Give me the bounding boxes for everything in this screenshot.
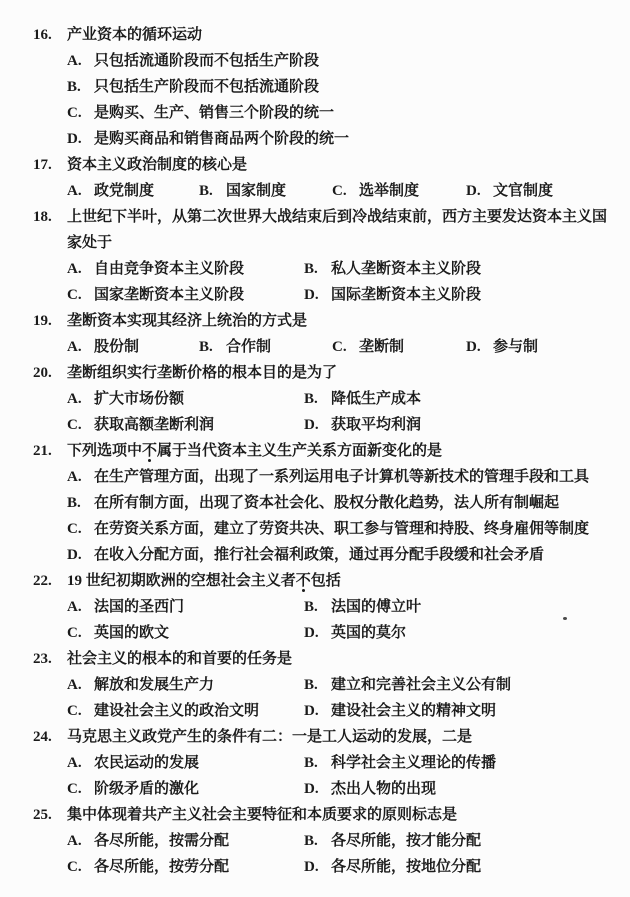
options-row: A.自由竞争资本主义阶段B.私人垄断资本主义阶段 [67, 256, 618, 282]
options-row: C.阶级矛盾的激化D.杰出人物的出现 [67, 776, 618, 802]
options-row: A.农民运动的发展B.科学社会主义理论的传播 [67, 750, 618, 776]
option-label: D. [67, 126, 94, 152]
option-label: C. [67, 412, 94, 438]
option-label: B. [304, 672, 331, 698]
question-stem-line: 21. 下列选项中不属于当代资本主义生产关系方面新变化的是 [67, 438, 618, 464]
option-text: 只包括流通阶段而不包括生产阶段 [94, 53, 319, 69]
option-label: D. [304, 412, 331, 438]
option-text: 选举制度 [359, 183, 419, 199]
option-label: D. [466, 178, 493, 204]
option-b: B.私人垄断资本主义阶段 [304, 256, 481, 282]
option-d: D.国际垄断资本主义阶段 [304, 282, 481, 308]
option-d: D.在收入分配方面，推行社会福利政策，通过再分配手段缓和社会矛盾 [67, 542, 544, 568]
option-text: 在生产管理方面，出现了一系列运用电子计算机等新技术的管理手段和工具 [94, 469, 589, 485]
option-text: 法国的圣西门 [94, 599, 184, 615]
emphasized-char: 不 [142, 443, 157, 459]
option-text: 扩大市场份额 [94, 391, 184, 407]
options-row: C.各尽所能，按劳分配D.各尽所能，按地位分配 [67, 854, 618, 880]
option-text: 在劳资关系方面，建立了劳资共决、职工参与管理和持股、终身雇佣等制度 [94, 521, 589, 537]
option-d: D.是购买商品和销售商品两个阶段的统一 [67, 126, 349, 152]
option-label: A. [67, 672, 94, 698]
option-label: B. [304, 828, 331, 854]
option-line: C.是购买、生产、销售三个阶段的统一 [67, 100, 618, 126]
option-b: B.合作制 [199, 334, 332, 360]
question-stem-line: 23. 社会主义的根本的和首要的任务是 [67, 646, 618, 672]
option-label: A. [67, 594, 94, 620]
question-24: 24. 马克思主义政党产生的条件有二：一是工人运动的发展，二是 A.农民运动的发… [33, 724, 618, 802]
exam-page: 16. 产业资本的循环运动 A.只包括流通阶段而不包括生产阶段 B.只包括生产阶… [0, 0, 630, 897]
question-stem-line: 19. 垄断资本实现其经济上统治的方式是 [67, 308, 618, 334]
option-text: 是购买、生产、销售三个阶段的统一 [94, 105, 334, 121]
question-stem: 社会主义的根本的和首要的任务是 [67, 651, 292, 667]
question-number: 25. [33, 802, 52, 828]
option-label: D. [304, 620, 331, 646]
option-text: 文官制度 [493, 183, 553, 199]
option-c: C.英国的欧文 [67, 620, 304, 646]
stem-text: 19 世纪初期欧洲的空想社会主义者 [67, 573, 296, 589]
option-text: 政党制度 [94, 183, 154, 199]
options-row: C.国家垄断资本主义阶段D.国际垄断资本主义阶段 [67, 282, 618, 308]
option-b: B.只包括生产阶段而不包括流通阶段 [67, 74, 319, 100]
option-d: D.英国的莫尔 [304, 620, 406, 646]
option-c: C.是购买、生产、销售三个阶段的统一 [67, 100, 334, 126]
option-text: 只包括生产阶段而不包括流通阶段 [94, 79, 319, 95]
option-text: 参与制 [493, 339, 538, 355]
option-c: C.获取高额垄断利润 [67, 412, 304, 438]
option-label: D. [304, 698, 331, 724]
options-row: C.英国的欧文D.英国的莫尔 [67, 620, 618, 646]
option-label: C. [67, 776, 94, 802]
option-text: 降低生产成本 [331, 391, 421, 407]
option-text: 建立和完善社会主义公有制 [331, 677, 511, 693]
option-a: A.政党制度 [67, 178, 199, 204]
question-stem-line: 20. 垄断组织实行垄断价格的根本目的是为了 [67, 360, 618, 386]
question-stem-line-2: 家处于 [67, 230, 618, 256]
option-text: 各尽所能，按才能分配 [331, 833, 481, 849]
stem-text: 包括 [311, 573, 341, 589]
option-b: B.各尽所能，按才能分配 [304, 828, 481, 854]
option-b: B.建立和完善社会主义公有制 [304, 672, 511, 698]
option-label: C. [67, 854, 94, 880]
option-label: B. [199, 334, 226, 360]
option-c: C.垄断制 [332, 334, 466, 360]
question-number: 23. [33, 646, 52, 672]
option-b: B.国家制度 [199, 178, 332, 204]
question-number: 20. [33, 360, 52, 386]
emphasized-char: 不 [296, 573, 311, 589]
question-number: 17. [33, 152, 52, 178]
option-c: C.建设社会主义的政治文明 [67, 698, 304, 724]
option-label: B. [199, 178, 226, 204]
question-19: 19. 垄断资本实现其经济上统治的方式是 A.股份制B.合作制C.垄断制D.参与… [33, 308, 618, 360]
option-a: A.各尽所能，按需分配 [67, 828, 304, 854]
option-label: D. [304, 776, 331, 802]
option-text: 在收入分配方面，推行社会福利政策，通过再分配手段缓和社会矛盾 [94, 547, 544, 563]
option-a: A.只包括流通阶段而不包括生产阶段 [67, 48, 319, 74]
option-text: 垄断制 [359, 339, 404, 355]
option-label: A. [67, 178, 94, 204]
question-number: 24. [33, 724, 52, 750]
option-a: A.法国的圣西门 [67, 594, 304, 620]
option-line: A.在生产管理方面，出现了一系列运用电子计算机等新技术的管理手段和工具 [67, 464, 618, 490]
option-label: B. [67, 490, 94, 516]
option-label: B. [304, 594, 331, 620]
option-d: D.参与制 [466, 334, 538, 360]
question-22: 22. 19 世纪初期欧洲的空想社会主义者不包括 A.法国的圣西门B.法国的傅立… [33, 568, 618, 646]
question-number: 18. [33, 204, 52, 230]
option-line: D.在收入分配方面，推行社会福利政策，通过再分配手段缓和社会矛盾 [67, 542, 618, 568]
option-text: 各尽所能，按需分配 [94, 833, 229, 849]
option-line: C.在劳资关系方面，建立了劳资共决、职工参与管理和持股、终身雇佣等制度 [67, 516, 618, 542]
option-b: B.法国的傅立叶 [304, 594, 421, 620]
option-text: 国际垄断资本主义阶段 [331, 287, 481, 303]
option-a: A.解放和发展生产力 [67, 672, 304, 698]
question-stem-line: 24. 马克思主义政党产生的条件有二：一是工人运动的发展，二是 [67, 724, 618, 750]
option-line: A.只包括流通阶段而不包括生产阶段 [67, 48, 618, 74]
option-text: 各尽所能，按地位分配 [331, 859, 481, 875]
option-text: 杰出人物的出现 [331, 781, 436, 797]
option-label: C. [332, 334, 359, 360]
option-text: 国家制度 [226, 183, 286, 199]
option-line: B.在所有制方面，出现了资本社会化、股权分散化趋势，法人所有制崛起 [67, 490, 618, 516]
option-text: 在所有制方面，出现了资本社会化、股权分散化趋势，法人所有制崛起 [94, 495, 559, 511]
question-number: 21. [33, 438, 52, 464]
option-text: 各尽所能，按劳分配 [94, 859, 229, 875]
question-20: 20. 垄断组织实行垄断价格的根本目的是为了 A.扩大市场份额B.降低生产成本 … [33, 360, 618, 438]
option-label: A. [67, 48, 94, 74]
option-a: A.扩大市场份额 [67, 386, 304, 412]
option-line: B.只包括生产阶段而不包括流通阶段 [67, 74, 618, 100]
option-label: D. [304, 282, 331, 308]
option-text: 英国的莫尔 [331, 625, 406, 641]
option-text: 国家垄断资本主义阶段 [94, 287, 244, 303]
option-label: C. [67, 620, 94, 646]
option-label: A. [67, 750, 94, 776]
option-d: D.获取平均利润 [304, 412, 421, 438]
option-label: C. [67, 516, 94, 542]
option-c: C.国家垄断资本主义阶段 [67, 282, 304, 308]
options-row: A.政党制度B.国家制度C.选举制度D.文官制度 [67, 178, 618, 204]
option-text: 获取平均利润 [331, 417, 421, 433]
option-c: C.各尽所能，按劳分配 [67, 854, 304, 880]
option-label: D. [304, 854, 331, 880]
option-label: C. [67, 282, 94, 308]
option-label: A. [67, 828, 94, 854]
question-number: 22. [33, 568, 52, 594]
option-label: B. [304, 386, 331, 412]
question-stem: 上世纪下半叶，从第二次世界大战结束后到冷战结束前，西方主要发达资本主义国 [67, 209, 607, 225]
option-text: 合作制 [226, 339, 271, 355]
question-stem-line: 17. 资本主义政治制度的核心是 [67, 152, 618, 178]
scan-artifact-speck [563, 617, 567, 620]
options-row: A.法国的圣西门B.法国的傅立叶 [67, 594, 618, 620]
question-stem: 产业资本的循环运动 [67, 27, 202, 43]
option-d: D.文官制度 [466, 178, 553, 204]
option-text: 农民运动的发展 [94, 755, 199, 771]
stem-text: 下列选项中 [67, 443, 142, 459]
option-b: B.科学社会主义理论的传播 [304, 750, 496, 776]
option-a: A.在生产管理方面，出现了一系列运用电子计算机等新技术的管理手段和工具 [67, 464, 589, 490]
option-b: B.降低生产成本 [304, 386, 421, 412]
option-label: D. [67, 542, 94, 568]
option-text: 解放和发展生产力 [94, 677, 214, 693]
question-21: 21. 下列选项中不属于当代资本主义生产关系方面新变化的是 A.在生产管理方面，… [33, 438, 618, 568]
option-text: 阶级矛盾的激化 [94, 781, 199, 797]
question-stem: 集中体现着共产主义社会主要特征和本质要求的原则标志是 [67, 807, 457, 823]
question-stem: 垄断资本实现其经济上统治的方式是 [67, 313, 307, 329]
option-text: 科学社会主义理论的传播 [331, 755, 496, 771]
option-text: 私人垄断资本主义阶段 [331, 261, 481, 277]
option-text: 建设社会主义的政治文明 [94, 703, 259, 719]
option-label: A. [67, 256, 94, 282]
option-label: A. [67, 464, 94, 490]
option-label: B. [67, 74, 94, 100]
options-row: C.获取高额垄断利润D.获取平均利润 [67, 412, 618, 438]
option-label: B. [304, 256, 331, 282]
question-stem-line: 16. 产业资本的循环运动 [67, 22, 618, 48]
option-c: C.在劳资关系方面，建立了劳资共决、职工参与管理和持股、终身雇佣等制度 [67, 516, 589, 542]
option-text: 获取高额垄断利润 [94, 417, 214, 433]
option-c: C.选举制度 [332, 178, 466, 204]
options-row: A.扩大市场份额B.降低生产成本 [67, 386, 618, 412]
options-row: A.解放和发展生产力B.建立和完善社会主义公有制 [67, 672, 618, 698]
options-row: A.各尽所能，按需分配B.各尽所能，按才能分配 [67, 828, 618, 854]
question-17: 17. 资本主义政治制度的核心是 A.政党制度B.国家制度C.选举制度D.文官制… [33, 152, 618, 204]
question-stem-line: 22. 19 世纪初期欧洲的空想社会主义者不包括 [67, 568, 618, 594]
option-label: D. [466, 334, 493, 360]
option-text: 建设社会主义的精神文明 [331, 703, 496, 719]
option-label: B. [304, 750, 331, 776]
option-d: D.杰出人物的出现 [304, 776, 436, 802]
question-16: 16. 产业资本的循环运动 A.只包括流通阶段而不包括生产阶段 B.只包括生产阶… [33, 22, 618, 152]
option-label: C. [67, 100, 94, 126]
question-stem: 下列选项中不属于当代资本主义生产关系方面新变化的是 [67, 443, 442, 459]
option-line: D.是购买商品和销售商品两个阶段的统一 [67, 126, 618, 152]
option-a: A.自由竞争资本主义阶段 [67, 256, 304, 282]
option-c: C.阶级矛盾的激化 [67, 776, 304, 802]
option-label: C. [332, 178, 359, 204]
option-d: D.各尽所能，按地位分配 [304, 854, 481, 880]
option-text: 股份制 [94, 339, 139, 355]
option-label: A. [67, 386, 94, 412]
option-d: D.建设社会主义的精神文明 [304, 698, 496, 724]
option-text: 自由竞争资本主义阶段 [94, 261, 244, 277]
option-text: 法国的傅立叶 [331, 599, 421, 615]
question-stem-line: 18. 上世纪下半叶，从第二次世界大战结束后到冷战结束前，西方主要发达资本主义国 [67, 204, 618, 230]
question-23: 23. 社会主义的根本的和首要的任务是 A.解放和发展生产力B.建立和完善社会主… [33, 646, 618, 724]
option-text: 是购买商品和销售商品两个阶段的统一 [94, 131, 349, 147]
question-number: 16. [33, 22, 52, 48]
stem-text: 属于当代资本主义生产关系方面新变化的是 [157, 443, 442, 459]
option-a: A.农民运动的发展 [67, 750, 304, 776]
question-stem: 马克思主义政党产生的条件有二：一是工人运动的发展，二是 [67, 729, 472, 745]
option-text: 英国的欧文 [94, 625, 169, 641]
options-row: A.股份制B.合作制C.垄断制D.参与制 [67, 334, 618, 360]
option-label: A. [67, 334, 94, 360]
option-a: A.股份制 [67, 334, 199, 360]
option-b: B.在所有制方面，出现了资本社会化、股权分散化趋势，法人所有制崛起 [67, 490, 559, 516]
option-label: C. [67, 698, 94, 724]
question-stem: 垄断组织实行垄断价格的根本目的是为了 [67, 365, 337, 381]
question-25: 25. 集中体现着共产主义社会主要特征和本质要求的原则标志是 A.各尽所能，按需… [33, 802, 618, 880]
question-stem: 19 世纪初期欧洲的空想社会主义者不包括 [67, 573, 341, 589]
question-18: 18. 上世纪下半叶，从第二次世界大战结束后到冷战结束前，西方主要发达资本主义国… [33, 204, 618, 308]
options-row: C.建设社会主义的政治文明D.建设社会主义的精神文明 [67, 698, 618, 724]
question-stem: 资本主义政治制度的核心是 [67, 157, 247, 173]
question-number: 19. [33, 308, 52, 334]
question-stem-line: 25. 集中体现着共产主义社会主要特征和本质要求的原则标志是 [67, 802, 618, 828]
